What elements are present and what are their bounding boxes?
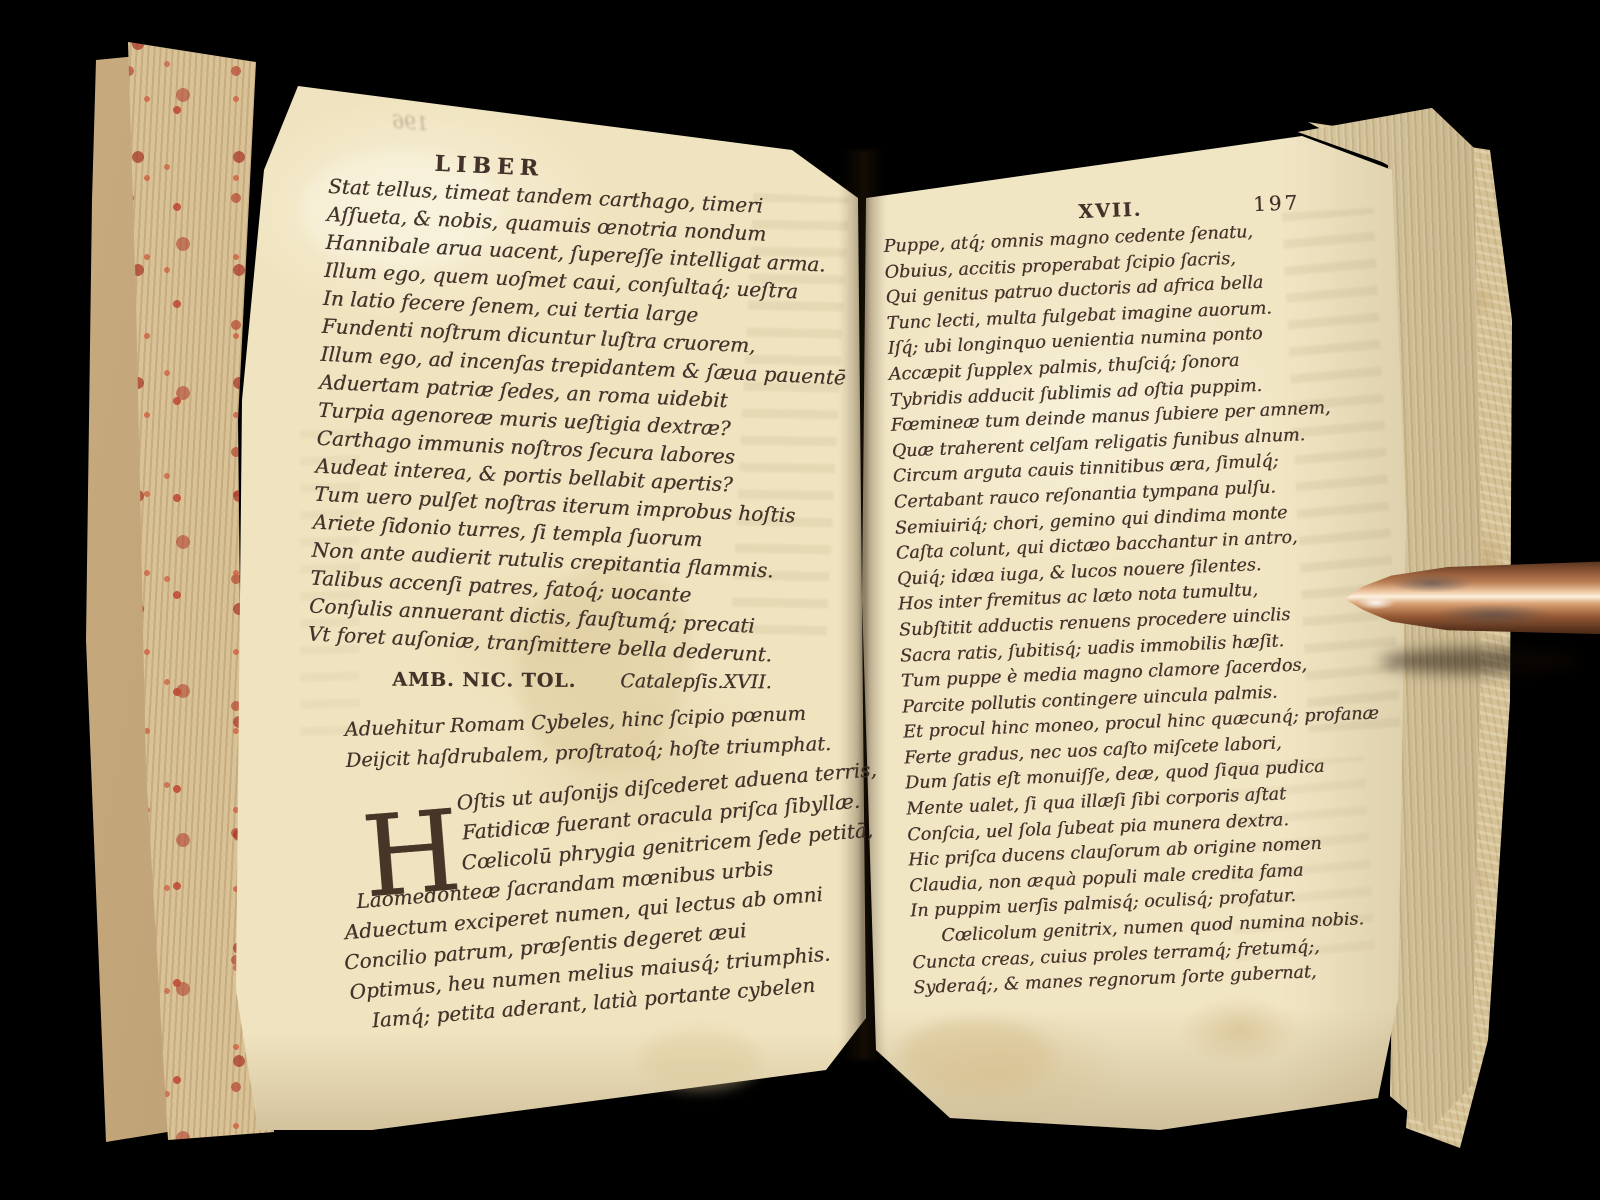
page-stain [640, 1030, 760, 1090]
pen-shadow [1380, 648, 1580, 674]
right-page-text-block: XVII. 197 Puppe, atq́; omnis magno ceden… [882, 187, 1384, 1002]
drop-cap-initial: H [359, 806, 464, 905]
poem-block: H Oſtis ut auſonijs diſcederet aduena te… [306, 757, 864, 1040]
page-stain [900, 1020, 1050, 1090]
section-title: Catalepſis.XVII. [620, 670, 772, 693]
section-author: AMB. NIC. TOL. [392, 669, 576, 692]
left-page-text-block: LIBER Stat tellus, timeat tandem carthag… [307, 146, 829, 670]
page-number: 197 [1253, 189, 1301, 217]
running-header-right: XVII. [1078, 197, 1143, 226]
section-heading: AMB. NIC. TOL. Catalepſis.XVII. [352, 668, 812, 693]
photo-black-background: 196 LIBER Stat tellus, timeat tandem car… [0, 0, 1600, 1200]
ghost-folio-number: 196 [391, 111, 429, 135]
